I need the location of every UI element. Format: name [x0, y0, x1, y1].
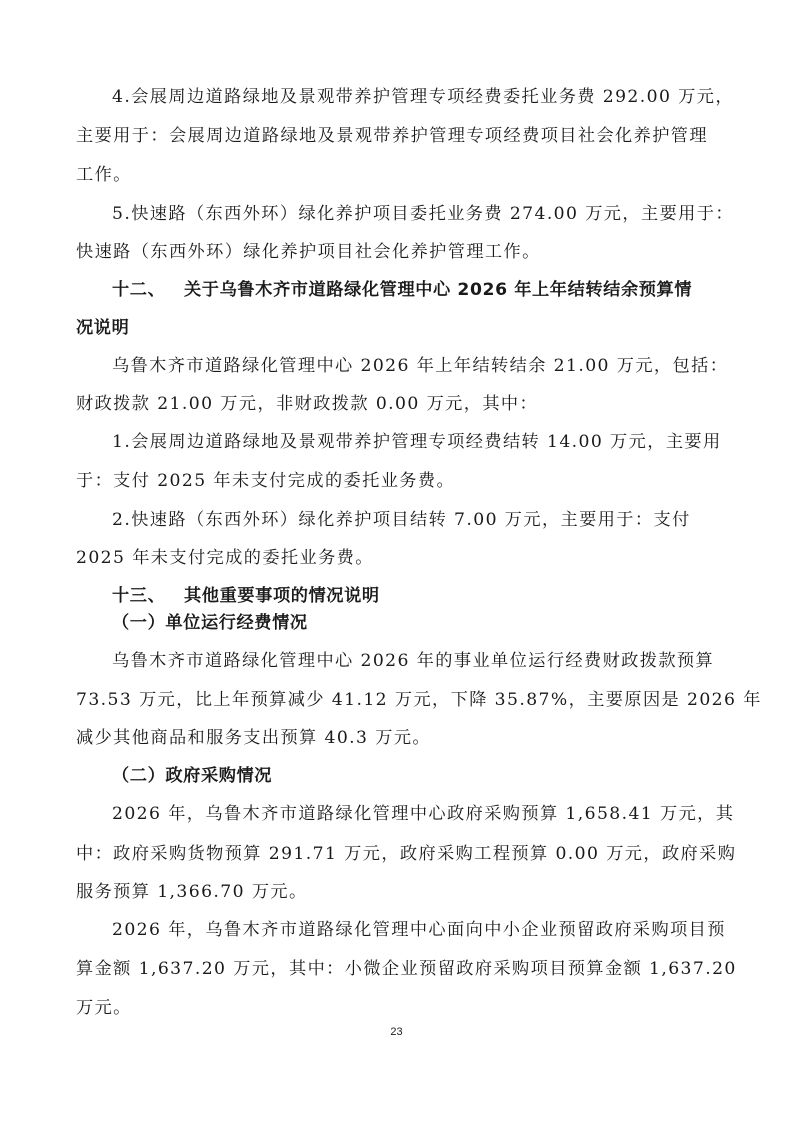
section-title: 关于乌鲁木齐市道路绿化管理中心 2026 年上年结转结余预算情 [184, 280, 692, 300]
paragraph-line: 2.快速路（东西外环）绿化养护项目结转 7.00 万元，主要用于：支付 [112, 509, 752, 531]
paragraph-line: 算金额 1,637.20 万元，其中：小微企业预留政府采购项目预算金额 1,63… [76, 958, 716, 980]
paragraph-line: 4.会展周边道路绿地及景观带养护管理专项经费委托业务费 292.00 万元， [112, 86, 752, 108]
paragraph-line: 主要用于：会展周边道路绿地及景观带养护管理专项经费项目社会化养护管理 [76, 125, 716, 147]
paragraph-line: 中：政府采购货物预算 291.71 万元，政府采购工程预算 0.00 万元，政府… [76, 843, 716, 865]
paragraph-line: 2025 年未支付完成的委托业务费。 [76, 547, 716, 569]
page-number: 23 [0, 1026, 793, 1038]
paragraph-line: 快速路（东西外环）绿化养护项目社会化养护管理工作。 [76, 241, 716, 263]
section-number: 十三、 [112, 585, 184, 607]
section-12-heading: 十二、关于乌鲁木齐市道路绿化管理中心 2026 年上年结转结余预算情 [112, 279, 752, 301]
section-title: 其他重要事项的情况说明 [184, 586, 380, 606]
paragraph-line: 2026 年，乌鲁木齐市道路绿化管理中心面向中小企业预留政府采购项目预 [112, 919, 752, 941]
subsection-heading: （一）单位运行经费情况 [112, 612, 752, 634]
paragraph-line: 5.快速路（东西外环）绿化养护项目委托业务费 274.00 万元，主要用于： [112, 203, 752, 225]
paragraph-line: 乌鲁木齐市道路绿化管理中心 2026 年上年结转结余 21.00 万元，包括： [112, 355, 752, 377]
paragraph-line: 财政拨款 21.00 万元，非财政拨款 0.00 万元，其中： [76, 393, 716, 415]
paragraph-line: 服务预算 1,366.70 万元。 [76, 881, 716, 903]
paragraph-line: 于：支付 2025 年未支付完成的委托业务费。 [76, 470, 716, 492]
paragraph-line: 73.53 万元，比上年预算减少 41.12 万元，下降 35.87%，主要原因… [76, 689, 716, 711]
section-number: 十二、 [112, 279, 184, 301]
subsection-heading: （二）政府采购情况 [112, 765, 752, 787]
document-page: 4.会展周边道路绿地及景观带养护管理专项经费委托业务费 292.00 万元， 主… [0, 0, 793, 1122]
paragraph-line: 万元。 [76, 997, 716, 1019]
paragraph-line: 1.会展周边道路绿地及景观带养护管理专项经费结转 14.00 万元，主要用 [112, 431, 752, 453]
paragraph-line: 减少其他商品和服务支出预算 40.3 万元。 [76, 727, 716, 749]
section-13-heading: 十三、其他重要事项的情况说明 [112, 585, 752, 607]
paragraph-line: 工作。 [76, 164, 716, 186]
paragraph-line: 2026 年，乌鲁木齐市道路绿化管理中心政府采购预算 1,658.41 万元，其 [112, 803, 752, 825]
paragraph-line: 乌鲁木齐市道路绿化管理中心 2026 年的事业单位运行经费财政拨款预算 [112, 650, 752, 672]
section-12-heading-cont: 况说明 [76, 317, 716, 339]
